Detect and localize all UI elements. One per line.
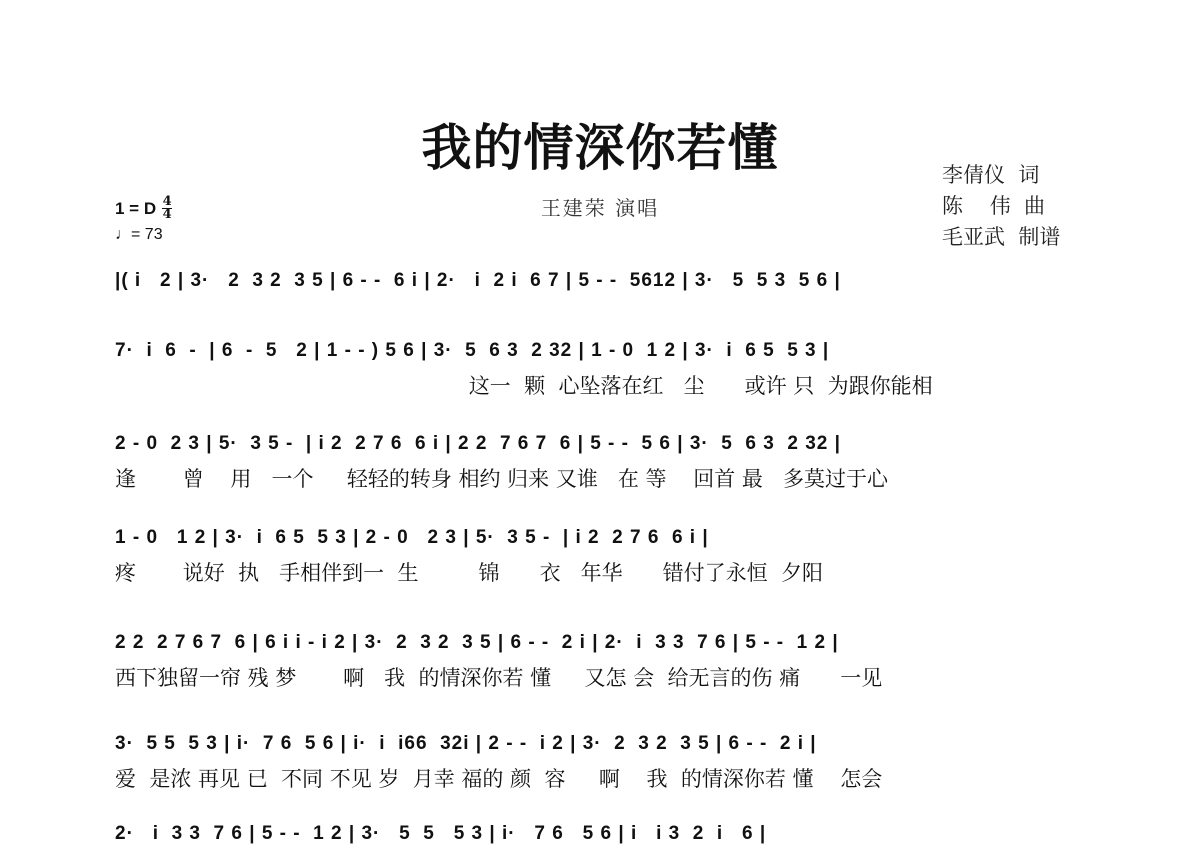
notation-line: 2· i 3 3 7 6 | 5 - - 1 2 | 3· 5 5 5 3 | … (115, 823, 766, 845)
lyricist-credit: 李倩仪 词 (942, 160, 1060, 191)
score-row-7: 2· i 3 3 7 6 | 5 - - 1 2 | 3· 5 5 5 3 | … (115, 813, 1090, 850)
notation-line: 3· 5 5 5 3 | i· 7 6 5 6 | i· i i66 32i |… (115, 733, 817, 755)
notation-line: |( i 2 | 3· 2 3 2 3 5 | 6 - - 6 i | 2· i… (115, 270, 841, 292)
notation-line: 7· i 6 - | 6 - 5 2 | 1 - - ) 5 6 | 3· 5 … (115, 340, 829, 362)
lyrics-line: 逢 曾 用 一个 轻轻的转身 相约 归来 又谁 在 等 回首 最 多莫过于心 (115, 463, 888, 493)
composer-credit: 陈 伟 曲 (942, 191, 1060, 222)
score-row-1: |( i 2 | 3· 2 3 2 3 5 | 6 - - 6 i | 2· i… (115, 260, 1090, 300)
lyrics-line: 这一 颗 心坠落在红 尘 或许 只 为跟你能相 (115, 370, 933, 400)
lyrics-line: 西下独留一帘 残 梦 啊 我 的情深你若 懂 又怎 会 给无言的伤 痛 一见 (115, 662, 882, 692)
key-label: 1 = D (115, 199, 156, 219)
notation-line: 2 2 2 7 6 7 6 | 6 i i - i 2 | 3· 2 3 2 3… (115, 632, 839, 654)
score-row-2: 7· i 6 - | 6 - 5 2 | 1 - - ) 5 6 | 3· 5 … (115, 330, 1090, 370)
lyrics-line: 疼 说好 执 手相伴到一 生 锦 衣 年华 错付了永恒 夕阳 (115, 557, 823, 587)
key-signature: 1 = D 4 4 (115, 196, 172, 221)
time-signature: 4 4 (162, 196, 172, 221)
notation-line: 2 - 0 2 3 | 5· 3 5 - | i 2 2 7 6 6 i | 2… (115, 433, 841, 455)
score-row-3: 2 - 0 2 3 | 5· 3 5 - | i 2 2 7 6 6 i | 2… (115, 423, 1090, 463)
score-row-5: 2 2 2 7 6 7 6 | 6 i i - i 2 | 3· 2 3 2 3… (115, 622, 1090, 662)
transcriber-credit: 毛亚武 制谱 (942, 222, 1060, 253)
credits-block: 李倩仪 词 陈 伟 曲 毛亚武 制谱 (942, 160, 1060, 253)
score-row-4: 1 - 0 1 2 | 3· i 6 5 5 3 | 2 - 0 2 3 | 5… (115, 517, 1090, 557)
score-row-6: 3· 5 5 5 3 | i· 7 6 5 6 | i· i i66 32i |… (115, 723, 1090, 763)
tempo-marking: ♩= 73 (115, 226, 163, 244)
notation-line: 1 - 0 1 2 | 3· i 6 5 5 3 | 2 - 0 2 3 | 5… (115, 527, 709, 549)
lyrics-line: 爱 是浓 再见 已 不同 不见 岁 月幸 福的 颜 容 啊 我 的情深你若 懂 … (115, 763, 882, 793)
